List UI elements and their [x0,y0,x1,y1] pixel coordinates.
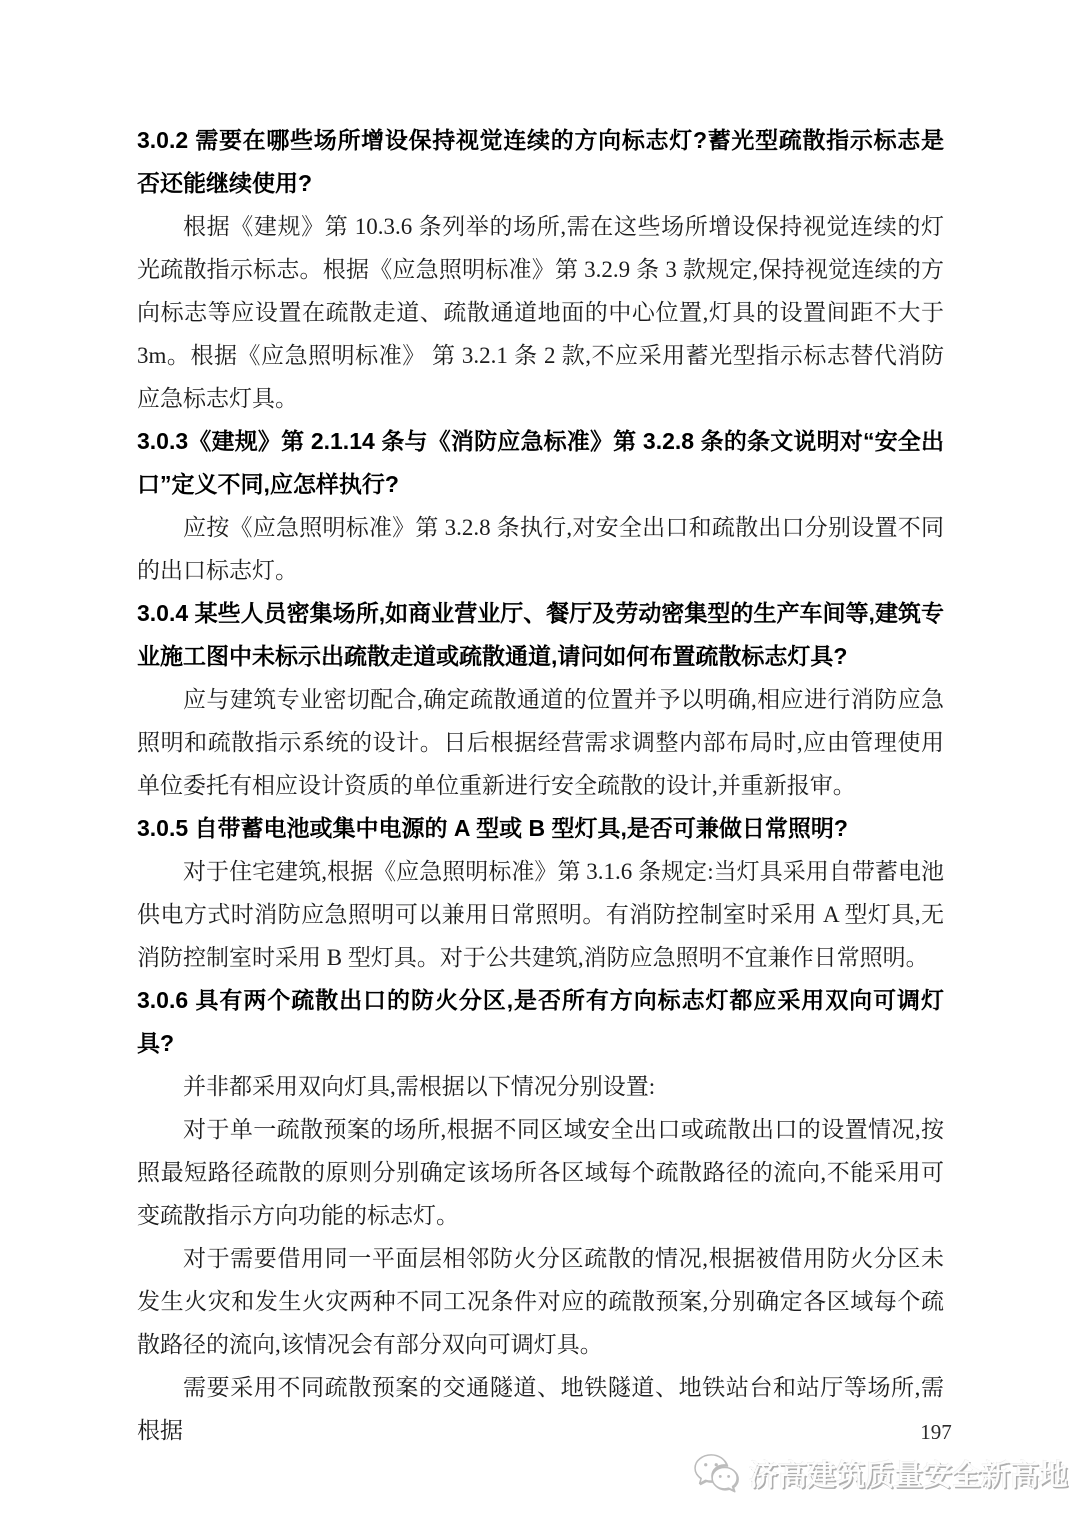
answer-paragraph: 应按《应急照明标准》第 3.2.8 条执行,对安全出口和疏散出口分别设置不同的出… [137,506,944,592]
section-3-0-2: 3.0.2 需要在哪些场所增设保持视觉连续的方向标志灯?蓄光型疏散指示标志是否还… [137,119,944,420]
section-3-0-4: 3.0.4 某些人员密集场所,如商业营业厅、餐厅及劳动密集型的生产车间等,建筑专… [137,592,944,807]
answer-paragraph: 对于单一疏散预案的场所,根据不同区域安全出口或疏散出口的设置情况,按照最短路径疏… [137,1108,944,1237]
section-3-0-3: 3.0.3《建规》第 2.1.14 条与《消防应急标准》第 3.2.8 条的条文… [137,420,944,592]
question-heading: 3.0.5 自带蓄电池或集中电源的 A 型或 B 型灯具,是否可兼做日常照明? [137,807,944,850]
question-heading: 3.0.2 需要在哪些场所增设保持视觉连续的方向标志灯?蓄光型疏散指示标志是否还… [137,119,944,205]
section-3-0-5: 3.0.5 自带蓄电池或集中电源的 A 型或 B 型灯具,是否可兼做日常照明? … [137,807,944,979]
answer-paragraph: 根据《建规》第 10.3.6 条列举的场所,需在这些场所增设保持视觉连续的灯光疏… [137,205,944,420]
question-heading: 3.0.6 具有两个疏散出口的防火分区,是否所有方向标志灯都应采用双向可调灯具? [137,979,944,1065]
section-3-0-6: 3.0.6 具有两个疏散出口的防火分区,是否所有方向标志灯都应采用双向可调灯具?… [137,979,944,1452]
watermark: 济高建筑质量安全新高地 [692,1452,1068,1494]
document-page: 3.0.2 需要在哪些场所增设保持视觉连续的方向标志灯?蓄光型疏散指示标志是否还… [0,0,1080,1527]
watermark-text: 济高建筑质量安全新高地 [749,1453,1068,1494]
question-heading: 3.0.3《建规》第 2.1.14 条与《消防应急标准》第 3.2.8 条的条文… [137,420,944,506]
answer-paragraph: 需要采用不同疏散预案的交通隧道、地铁隧道、地铁站台和站厅等场所,需根据 [137,1366,944,1452]
wechat-icon [692,1452,742,1494]
question-heading: 3.0.4 某些人员密集场所,如商业营业厅、餐厅及劳动密集型的生产车间等,建筑专… [137,592,944,678]
document-content: 3.0.2 需要在哪些场所增设保持视觉连续的方向标志灯?蓄光型疏散指示标志是否还… [137,119,944,1452]
answer-paragraph: 应与建筑专业密切配合,确定疏散通道的位置并予以明确,相应进行消防应急照明和疏散指… [137,678,944,807]
answer-paragraph: 并非都采用双向灯具,需根据以下情况分别设置: [137,1065,944,1108]
answer-paragraph: 对于住宅建筑,根据《应急照明标准》第 3.1.6 条规定:当灯具采用自带蓄电池供… [137,850,944,979]
page-number: 197 [916,1420,956,1445]
answer-paragraph: 对于需要借用同一平面层相邻防火分区疏散的情况,根据被借用防火分区未发生火灾和发生… [137,1237,944,1366]
